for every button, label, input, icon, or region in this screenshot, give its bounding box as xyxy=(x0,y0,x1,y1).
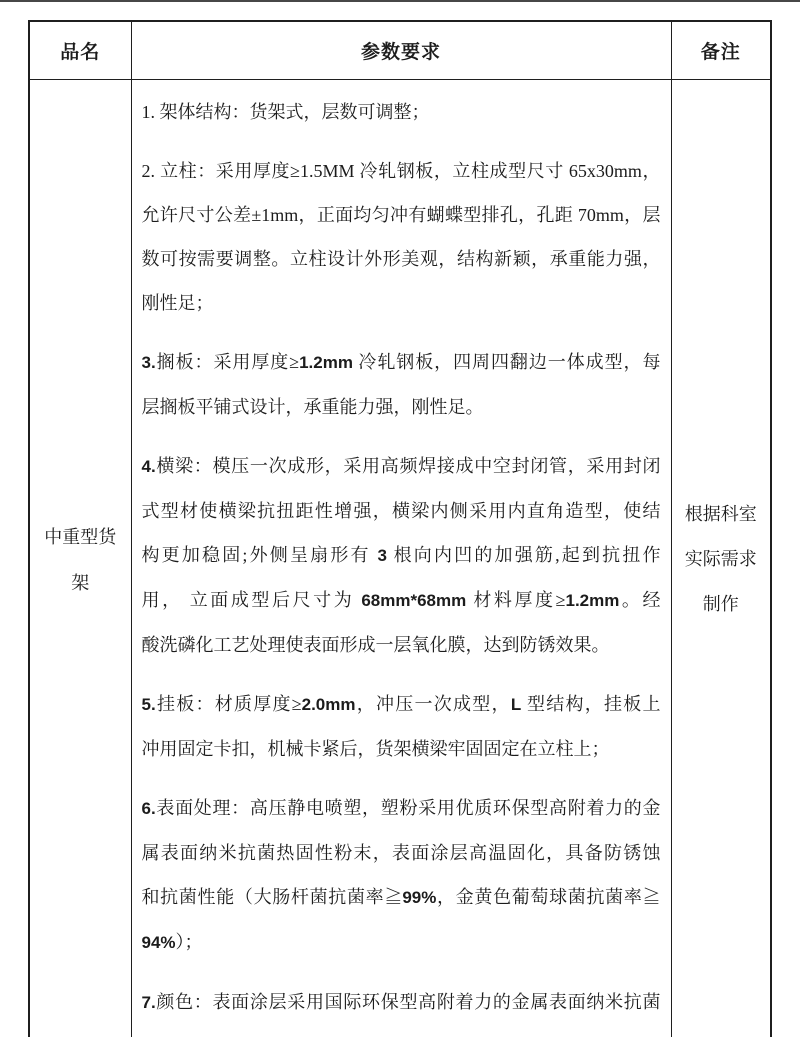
remark-cell: 根据科室实际需求制作 xyxy=(671,79,771,1037)
spec-line: 和抗菌性能（大肠杆菌抗菌率≧99%，金黄色葡萄球菌抗菌率≧ xyxy=(142,875,661,920)
spec-line: 4.横梁：模压一次成形，采用高频焊接成中空封闭管，采用封闭 xyxy=(142,444,661,489)
spec-line: 属表面纳米抗菌热固性粉末，表面涂层高温固化，具备防锈蚀 xyxy=(142,831,661,875)
spec-line: 6.表面处理：高压静电喷塑，塑粉采用优质环保型高附着力的金 xyxy=(142,786,661,831)
latin-text: 68mm*68mm xyxy=(361,591,466,610)
spec-line: 冲用固定卡扣，机械卡紧后，货架横梁牢固固定在立柱上； xyxy=(142,727,661,771)
spec-line: 94%）； xyxy=(142,920,661,965)
latin-text: 7. xyxy=(142,993,156,1012)
table-header-row: 品名 参数要求 备注 xyxy=(29,21,771,79)
spec-cell: 1. 架体结构：货架式，层数可调整；2. 立柱：采用厚度≥1.5MM 冷轧钢板，… xyxy=(131,79,671,1037)
spec-line: 1. 架体结构：货架式，层数可调整； xyxy=(142,90,661,134)
latin-text: 94% xyxy=(142,933,176,952)
spec-item: 1. 架体结构：货架式，层数可调整； xyxy=(142,90,661,134)
latin-text: 4. xyxy=(142,457,156,476)
page-top-edge xyxy=(0,0,800,2)
spec-line: 构更加稳固;外侧呈扇形有 3 根向内凹的加强筋,起到抗扭作 xyxy=(142,533,661,578)
latin-text: 1.2mm xyxy=(565,591,619,610)
spec-line: 刚性足； xyxy=(142,281,661,325)
spec-line: 式型材使横梁抗扭距性增强，横梁内侧采用内直角造型，使结 xyxy=(142,489,661,533)
spec-line: 7.颜色：表面涂层采用国际环保型高附着力的金属表面纳米抗菌 xyxy=(142,980,661,1025)
product-name-cell: 中重型货架 xyxy=(29,79,131,1037)
spec-item: 6.表面处理：高压静电喷塑，塑粉采用优质环保型高附着力的金属表面纳米抗菌热固性粉… xyxy=(142,786,661,965)
spec-line: 数可按需要调整。立柱设计外形美观，结构新颖，承重能力强， xyxy=(142,237,661,281)
spec-item: 2. 立柱：采用厚度≥1.5MM 冷轧钢板，立柱成型尺寸 65x30mm，允许尺… xyxy=(142,149,661,325)
spec-line: 允许尺寸公差±1mm，正面均匀冲有蝴蝶型排孔，孔距 70mm，层 xyxy=(142,193,661,237)
spec-line: 层搁板平铺式设计，承重能力强，刚性足。 xyxy=(142,385,661,429)
remark-text: 根据科室实际需求制作 xyxy=(672,492,771,627)
header-parameter-requirements: 参数要求 xyxy=(131,21,671,79)
latin-text: L xyxy=(511,695,521,714)
spec-line: 2. 立柱：采用厚度≥1.5MM 冷轧钢板，立柱成型尺寸 65x30mm， xyxy=(142,149,661,193)
remark-line: 制作 xyxy=(672,582,771,627)
latin-text: 6. xyxy=(142,799,156,818)
spec-item: 3.搁板：采用厚度≥1.2mm 冷轧钢板，四周四翻边一体成型，每层搁板平铺式设计… xyxy=(142,340,661,429)
spec-item: 5.挂板：材质厚度≥2.0mm，冲压一次成型，L 型结构，挂板上冲用固定卡扣，机… xyxy=(142,682,661,771)
latin-text: 2.0mm xyxy=(302,695,356,714)
spec-line: 用， 立面成型后尺寸为 68mm*68mm 材料厚度≥1.2mm。经 xyxy=(142,578,661,623)
latin-text: 99% xyxy=(402,888,436,907)
spec-line: 5.挂板：材质厚度≥2.0mm，冲压一次成型，L 型结构，挂板上 xyxy=(142,682,661,727)
spec-table: 品名 参数要求 备注 中重型货架 1. 架体结构：货架式，层数可调整；2. 立柱… xyxy=(28,20,772,1037)
spec-item: 7.颜色：表面涂层采用国际环保型高附着力的金属表面纳米抗菌 xyxy=(142,980,661,1025)
header-remarks: 备注 xyxy=(671,21,771,79)
spec-line: 3.搁板：采用厚度≥1.2mm 冷轧钢板，四周四翻边一体成型，每 xyxy=(142,340,661,385)
latin-text: 3. xyxy=(142,353,156,372)
spec-item: 4.横梁：模压一次成形，采用高频焊接成中空封闭管，采用封闭式型材使横梁抗扭距性增… xyxy=(142,444,661,667)
product-name: 中重型货架 xyxy=(44,527,116,593)
latin-text: 3 xyxy=(377,546,386,565)
latin-text: 1.2mm xyxy=(299,353,353,372)
header-product-name: 品名 xyxy=(29,21,131,79)
spec-line: 酸洗磷化工艺处理使表面形成一层氧化膜，达到防锈效果。 xyxy=(142,623,661,667)
latin-text: 5. xyxy=(142,695,156,714)
table-row: 中重型货架 1. 架体结构：货架式，层数可调整；2. 立柱：采用厚度≥1.5MM… xyxy=(29,79,771,1037)
remark-line: 实际需求 xyxy=(672,537,771,582)
spec-list: 1. 架体结构：货架式，层数可调整；2. 立柱：采用厚度≥1.5MM 冷轧钢板，… xyxy=(142,90,661,1025)
remark-line: 根据科室 xyxy=(672,492,771,537)
